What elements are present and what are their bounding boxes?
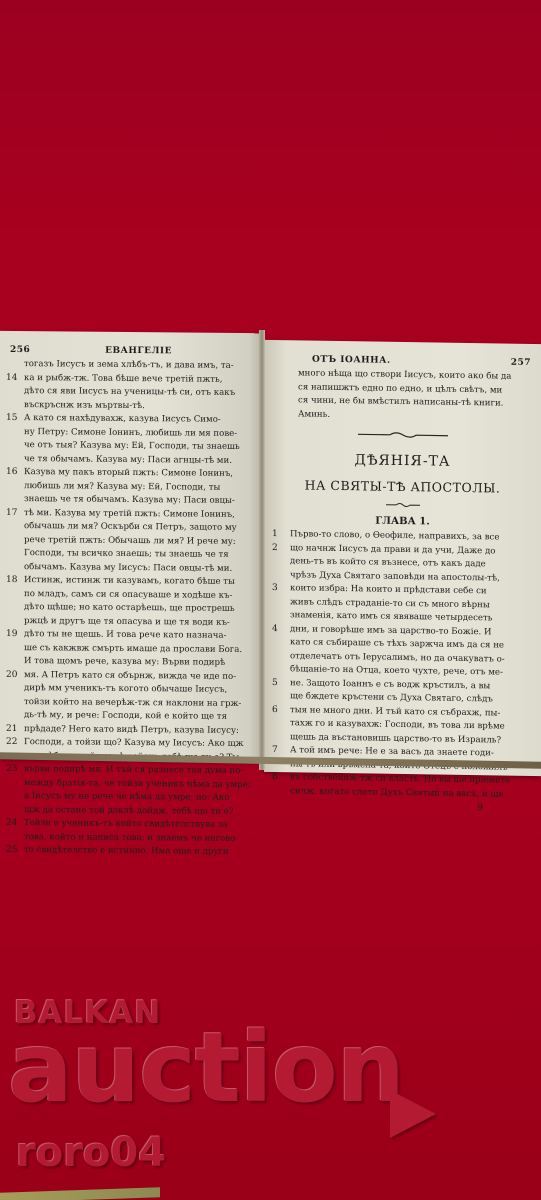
book-title-line1: ДѢЯНІЯ-ТА xyxy=(264,451,541,471)
verse-number: 8 xyxy=(272,771,290,785)
verse-number: 15 xyxy=(6,412,24,426)
verse-number xyxy=(272,609,290,623)
verse-number xyxy=(272,568,290,582)
verse-number xyxy=(6,479,24,493)
verse-number xyxy=(272,636,290,650)
verse-number: 19 xyxy=(6,628,24,642)
verse-number xyxy=(6,601,24,615)
verse-number: 24 xyxy=(6,817,24,831)
verse-number: 1 xyxy=(272,528,290,542)
verse-number xyxy=(6,493,24,507)
text-line: силж, когато слети Духъ Святый на васъ, … xyxy=(272,784,527,802)
verse-number xyxy=(272,555,290,569)
verse-number: 20 xyxy=(6,668,24,682)
verse-number xyxy=(6,547,24,561)
verse-number xyxy=(6,439,24,453)
verse-number xyxy=(6,587,24,601)
verse-number xyxy=(6,398,24,412)
verse-number xyxy=(272,595,290,609)
left-running-head: ЕВАНГЕЛІЕ xyxy=(105,346,172,357)
verse-text: силж, когато слети Духъ Святый на васъ, … xyxy=(290,785,527,802)
verse-number: 7 xyxy=(272,744,290,758)
verse-number xyxy=(6,385,24,399)
left-page-text: тогазъ Іисусъ и зема хлѣбъ-тъ, и дава им… xyxy=(0,355,262,860)
text-line: 25то свидѣтелство е истинно. Има още и д… xyxy=(6,844,250,860)
verse-number xyxy=(6,695,24,709)
verse-number xyxy=(6,560,24,574)
verse-number xyxy=(6,533,24,547)
verse-number: 25 xyxy=(6,844,24,858)
verse-number xyxy=(6,452,24,466)
verse-number: 23 xyxy=(6,763,24,777)
watermark-username: roro04 xyxy=(16,1130,166,1176)
watermark-auction: auction xyxy=(8,1012,404,1124)
verse-number xyxy=(6,614,24,628)
left-page: 256 ЕВАНГЕЛІЕ тогазъ Іисусъ и зема хлѣбъ… xyxy=(0,331,262,761)
book-title-line2: НА СВЯТЫ-ТѢ АПОСТОЛЫ. xyxy=(264,477,541,496)
verse-number xyxy=(6,641,24,655)
verse-number xyxy=(272,717,290,731)
fabric-edge-strip xyxy=(0,1187,160,1200)
verse-number xyxy=(6,709,24,723)
verse-number: 5 xyxy=(272,676,290,690)
verse-text: то свидѣтелство е истинно. Има още и дру… xyxy=(24,844,250,859)
verse-number xyxy=(272,730,290,744)
verse-number: 4 xyxy=(272,622,290,636)
verse-number xyxy=(6,358,24,372)
right-running-head: ОТЪ ІОАННА. xyxy=(312,355,391,366)
book-spine-gutter xyxy=(259,330,265,770)
verse-number: 16 xyxy=(6,466,24,480)
verse-number: 21 xyxy=(6,722,24,736)
small-ornament-icon xyxy=(386,502,420,509)
verse-number xyxy=(272,663,290,677)
verse-number xyxy=(6,790,24,804)
verse-number xyxy=(272,649,290,663)
verse-number: 6 xyxy=(272,703,290,717)
right-page-number: 257 xyxy=(511,358,531,368)
verse-number: 18 xyxy=(6,574,24,588)
verse-number xyxy=(6,803,24,817)
verse-number xyxy=(6,830,24,844)
play-arrow-icon xyxy=(390,1090,436,1138)
verse-number xyxy=(6,425,24,439)
verse-number xyxy=(272,690,290,704)
verse-number xyxy=(6,776,24,790)
left-page-number: 256 xyxy=(10,345,30,355)
verse-number xyxy=(6,520,24,534)
verse-number: 22 xyxy=(6,736,24,750)
right-intro-text: много нѣща що створи Іисусъ, които ако б… xyxy=(264,364,541,425)
verse-number: 3 xyxy=(272,582,290,596)
signature-mark: 9 xyxy=(264,800,541,814)
right-page: ОТЪ ІОАННА. 257 много нѣща що створи Іис… xyxy=(264,340,541,776)
ornament-divider-icon xyxy=(358,430,448,439)
verse-number xyxy=(6,655,24,669)
verse-number xyxy=(6,682,24,696)
open-book: 256 ЕВАНГЕЛІЕ тогазъ Іисусъ и зема хлѣбъ… xyxy=(0,330,541,780)
verse-number: 14 xyxy=(6,371,24,385)
verse-number: 17 xyxy=(6,506,24,520)
verse-number: 2 xyxy=(272,541,290,555)
verse-number xyxy=(272,784,290,798)
